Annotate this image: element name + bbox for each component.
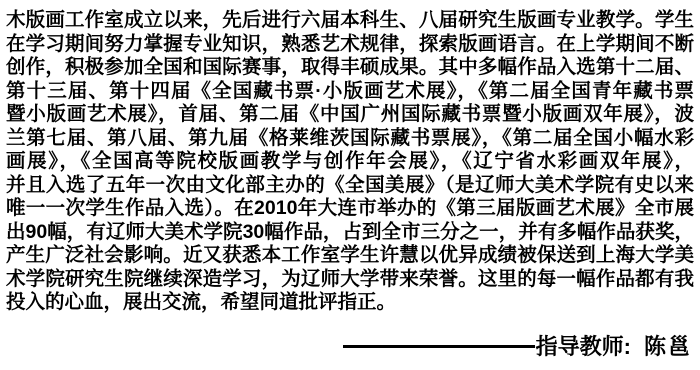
text-line: 出90幅，有辽师大美术学院30幅作品，占到全市三分之一，并有多幅作品获奖， — [6, 221, 694, 245]
text-line: 暨小版画艺术展》，首届、第二届《中国广州国际藏书票暨小版画双年展》，波 — [6, 103, 694, 127]
text-line: 术学院研究生院继续深造学习，为辽师大学带来荣誉。这里的每一幅作品都有我 — [6, 268, 694, 292]
text-line: 产生广泛社会影响。近又获悉本工作室学生许慧以优异成绩被保送到上海大学美 — [6, 244, 694, 268]
text-line: 兰第七届、第八届、第九届《格莱维茨国际藏书票展》，《第二届全国小幅水彩 — [6, 127, 694, 151]
body-text: 木版画工作室成立以来，先后进行六届本科生、八届研究生版画专业教学。学生 在学习期… — [6, 9, 694, 315]
signature-dash-line — [343, 345, 535, 348]
text-line: 在学习期间努力掌握专业知识，熟悉艺术规律，探索版画语言。在上学期间不断 — [6, 33, 694, 57]
text-line: 创作，积极参加全国和国际赛事，取得丰硕成果。其中多幅作品入选第十二届、 — [6, 56, 694, 80]
signature-name: 陈邕 — [644, 332, 692, 362]
text-line: 唯一一次学生作品入选）。在2010年大连市举办的《第三届版画艺术展》全市展 — [6, 197, 694, 221]
text-line: 并且入选了五年一次由文化部主办的《全国美展》（是辽师大美术学院有史以来 — [6, 174, 694, 198]
text-line: 第十三届、第十四届《全国藏书票·小版画艺术展》，《第二届全国青年藏书票 — [6, 80, 694, 104]
text-line: 投入的心血，展出交流，希望同道批评指正。 — [6, 291, 694, 315]
text-line: 木版画工作室成立以来，先后进行六届本科生、八届研究生版画专业教学。学生 — [6, 9, 694, 33]
signature-label: 指导教师: — [536, 332, 631, 362]
document-page: 木版画工作室成立以来，先后进行六届本科生、八届研究生版画专业教学。学生 在学习期… — [0, 0, 700, 370]
text-line: 画展》，《全国高等院校版画教学与创作年会展》，《辽宁省水彩画双年展》， — [6, 150, 694, 174]
signature-row: 指导教师: 陈邕 — [6, 332, 694, 362]
